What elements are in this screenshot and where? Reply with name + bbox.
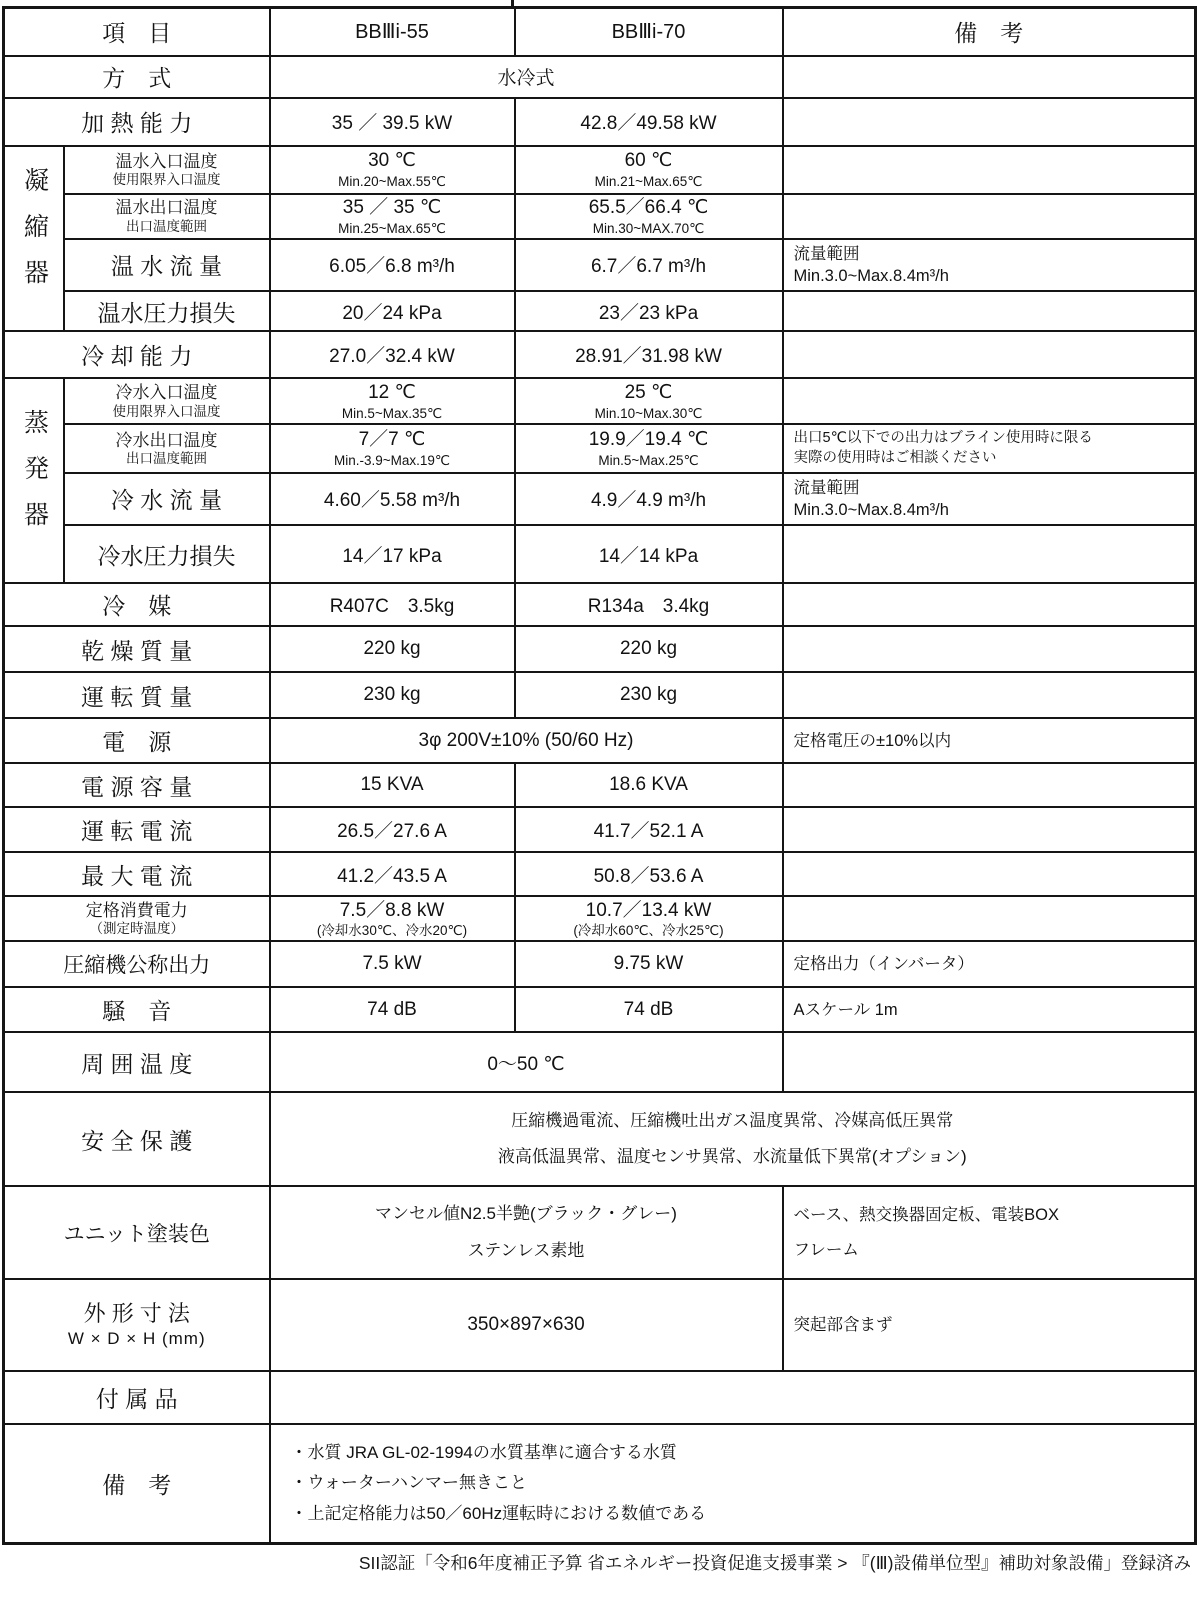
method-value: 水冷式 xyxy=(270,56,783,98)
spec-table: 項 目 BBⅢi-55 BBⅢi-70 備 考 方 式 水冷式 加 熱 能 力 … xyxy=(2,6,1197,1545)
cw-inlet-value-bb70: 25 ℃ Min.10~Max.30℃ xyxy=(515,378,783,424)
cw-inlet-label: 冷水入口温度 xyxy=(65,382,269,403)
unit-paint-remark: ベース、熱交換器固定板、電装BOX フレーム xyxy=(783,1186,1196,1279)
rated-power-value-bb55: 7.5／8.8 kW (冷却水30℃、冷水20℃) xyxy=(270,896,515,941)
power-supply-remark: 定格電圧の±10%以内 xyxy=(783,718,1196,763)
power-supply-value: 3φ 200V±10% (50/60 Hz) xyxy=(270,718,783,763)
condenser-group-cell: 凝縮器 xyxy=(4,146,64,332)
dimensions-label-cell: 外 形 寸 法 W × D × H (mm) xyxy=(4,1279,270,1371)
refrigerant-value-bb55: R407C 3.5kg xyxy=(270,583,515,626)
notes-line1: ・水質 JRA GL-02-1994の水質基準に適合する水質 xyxy=(291,1438,1185,1469)
cw-flow-remark-line1: 流量範囲 xyxy=(794,477,1185,499)
evaporator-group-label: 蒸発器 xyxy=(20,409,48,547)
cw-outlet-label: 冷水出口温度 xyxy=(65,430,269,451)
power-capacity-label: 電 源 容 量 xyxy=(4,763,270,807)
row-power-capacity: 電 源 容 量 15 KVA 18.6 KVA xyxy=(4,763,1196,807)
noise-value-bb70: 74 dB xyxy=(515,987,783,1032)
notes-line2: ・ウォーターハンマー無きこと xyxy=(291,1468,1185,1499)
safety-protection-value: 圧縮機過電流、圧縮機吐出ガス温度異常、冷媒高低圧異常 液高低温異常、温度センサ異… xyxy=(270,1092,1196,1186)
heating-remark xyxy=(783,98,1196,146)
hw-inlet-main-bb70: 60 ℃ xyxy=(516,149,782,174)
cw-inlet-remark xyxy=(783,378,1196,424)
rated-power-cond-bb70: (冷却水60℃、冷水25℃) xyxy=(516,923,782,939)
accessories-value xyxy=(270,1371,1196,1424)
row-header: 項 目 BBⅢi-55 BBⅢi-70 備 考 xyxy=(4,8,1196,56)
dimensions-sublabel: W × D × H (mm) xyxy=(5,1328,269,1350)
dry-mass-label: 乾 燥 質 量 xyxy=(4,626,270,672)
rated-power-main-bb55: 7.5／8.8 kW xyxy=(271,899,514,924)
power-capacity-value-bb55: 15 KVA xyxy=(270,763,515,807)
hw-flow-remark-line1: 流量範囲 xyxy=(794,243,1185,265)
cw-outlet-remark-line1: 出口5℃以下での出力はブライン使用時に限る xyxy=(794,428,1185,448)
operating-current-value-bb70: 41.7／52.1 A xyxy=(515,807,783,852)
cw-pressure-loss-remark xyxy=(783,525,1196,583)
row-accessories: 付 属 品 xyxy=(4,1371,1196,1424)
max-current-remark xyxy=(783,852,1196,896)
cw-inlet-range-bb55: Min.5~Max.35℃ xyxy=(271,406,514,422)
header-model-bb55: BBⅢi-55 xyxy=(270,8,515,56)
cw-pressure-loss-label: 冷水圧力損失 xyxy=(64,525,270,583)
row-cw-outlet-temp: 冷水出口温度 出口温度範囲 7／7 ℃ Min.-3.9~Max.19℃ 19.… xyxy=(4,424,1196,473)
cw-pressure-loss-value-bb55: 14／17 kPa xyxy=(270,525,515,583)
row-hw-flow: 温 水 流 量 6.05／6.8 m³/h 6.7／6.7 m³/h 流量範囲 … xyxy=(4,239,1196,292)
hw-outlet-label: 温水出口温度 xyxy=(65,197,269,218)
hw-inlet-remark xyxy=(783,146,1196,194)
noise-remark: Aスケール 1m xyxy=(783,987,1196,1032)
dry-mass-value-bb55: 220 kg xyxy=(270,626,515,672)
rated-power-value-bb70: 10.7／13.4 kW (冷却水60℃、冷水25℃) xyxy=(515,896,783,941)
row-noise: 騒 音 74 dB 74 dB Aスケール 1m xyxy=(4,987,1196,1032)
hw-pressure-loss-remark xyxy=(783,291,1196,331)
cw-outlet-value-bb70: 19.9／19.4 ℃ Min.5~Max.25℃ xyxy=(515,424,783,473)
hw-flow-value-bb55: 6.05／6.8 m³/h xyxy=(270,239,515,292)
cooling-label: 冷 却 能 力 xyxy=(4,331,270,378)
header-item: 項 目 xyxy=(4,8,270,56)
dry-mass-value-bb70: 220 kg xyxy=(515,626,783,672)
cw-flow-remark-line2: Min.3.0~Max.8.4m³/h xyxy=(794,499,1185,521)
power-capacity-remark xyxy=(783,763,1196,807)
cw-outlet-main-bb55: 7／7 ℃ xyxy=(271,428,514,453)
hw-outlet-main-bb55: 35 ／ 35 ℃ xyxy=(271,196,514,221)
unit-paint-label: ユニット塗装色 xyxy=(4,1186,270,1279)
cw-outlet-remark: 出口5℃以下での出力はブライン使用時に限る 実際の使用時はご相談ください xyxy=(783,424,1196,473)
hw-flow-remark: 流量範囲 Min.3.0~Max.8.4m³/h xyxy=(783,239,1196,292)
evaporator-group-cell: 蒸発器 xyxy=(4,378,64,583)
cw-inlet-main-bb70: 25 ℃ xyxy=(516,381,782,406)
header-model-bb70: BBⅢi-70 xyxy=(515,8,783,56)
cw-flow-value-bb55: 4.60／5.58 m³/h xyxy=(270,473,515,526)
power-supply-label: 電 源 xyxy=(4,718,270,763)
hw-outlet-sublabel: 出口温度範囲 xyxy=(65,219,269,235)
operating-mass-value-bb70: 230 kg xyxy=(515,672,783,718)
row-dimensions: 外 形 寸 法 W × D × H (mm) 350×897×630 突起部含ま… xyxy=(4,1279,1196,1371)
cooling-remark xyxy=(783,331,1196,378)
row-power-supply: 電 源 3φ 200V±10% (50/60 Hz) 定格電圧の±10%以内 xyxy=(4,718,1196,763)
row-dry-mass: 乾 燥 質 量 220 kg 220 kg xyxy=(4,626,1196,672)
dry-mass-remark xyxy=(783,626,1196,672)
cooling-value-bb55: 27.0／32.4 kW xyxy=(270,331,515,378)
power-capacity-value-bb70: 18.6 KVA xyxy=(515,763,783,807)
refrigerant-remark xyxy=(783,583,1196,626)
row-cw-inlet-temp: 蒸発器 冷水入口温度 使用限界入口温度 12 ℃ Min.5~Max.35℃ 2… xyxy=(4,378,1196,424)
dimensions-value: 350×897×630 xyxy=(270,1279,783,1371)
cw-flow-remark: 流量範囲 Min.3.0~Max.8.4m³/h xyxy=(783,473,1196,526)
condenser-group-label: 凝縮器 xyxy=(20,167,48,305)
row-hw-inlet-temp: 凝縮器 温水入口温度 使用限界入口温度 30 ℃ Min.20~Max.55℃ … xyxy=(4,146,1196,194)
ambient-temp-label: 周 囲 温 度 xyxy=(4,1032,270,1092)
row-compressor-output: 圧縮機公称出力 7.5 kW 9.75 kW 定格出力（インバータ） xyxy=(4,941,1196,987)
row-cooling-capacity: 冷 却 能 力 27.0／32.4 kW 28.91／31.98 kW xyxy=(4,331,1196,378)
noise-label: 騒 音 xyxy=(4,987,270,1032)
row-max-current: 最 大 電 流 41.2／43.5 A 50.8／53.6 A xyxy=(4,852,1196,896)
safety-protection-line2: 液高低温異常、温度センサ異常、水流量低下異常(オプション) xyxy=(271,1139,1195,1176)
unit-paint-remark-line1: ベース、熱交換器固定板、電装BOX xyxy=(794,1198,1185,1233)
hw-outlet-range-bb70: Min.30~MAX.70℃ xyxy=(516,221,782,237)
row-safety-protection: 安 全 保 護 圧縮機過電流、圧縮機吐出ガス温度異常、冷媒高低圧異常 液高低温異… xyxy=(4,1092,1196,1186)
rated-power-sublabel: （測定時温度） xyxy=(5,921,269,937)
rated-power-remark xyxy=(783,896,1196,941)
cw-inlet-range-bb70: Min.10~Max.30℃ xyxy=(516,406,782,422)
hw-flow-label: 温 水 流 量 xyxy=(64,239,270,292)
row-ambient-temp: 周 囲 温 度 0～50 ℃ xyxy=(4,1032,1196,1092)
method-label: 方 式 xyxy=(4,56,270,98)
cw-flow-label: 冷 水 流 量 xyxy=(64,473,270,526)
max-current-value-bb70: 50.8／53.6 A xyxy=(515,852,783,896)
operating-current-label: 運 転 電 流 xyxy=(4,807,270,852)
noise-value-bb55: 74 dB xyxy=(270,987,515,1032)
cw-outlet-sublabel: 出口温度範囲 xyxy=(65,451,269,467)
cw-outlet-range-bb55: Min.-3.9~Max.19℃ xyxy=(271,453,514,469)
safety-protection-line1: 圧縮機過電流、圧縮機吐出ガス温度異常、冷媒高低圧異常 xyxy=(271,1103,1195,1140)
hw-inlet-range-bb70: Min.21~Max.65℃ xyxy=(516,174,782,190)
max-current-value-bb55: 41.2／43.5 A xyxy=(270,852,515,896)
row-operating-mass: 運 転 質 量 230 kg 230 kg xyxy=(4,672,1196,718)
hw-pressure-loss-value-bb70: 23／23 kPa xyxy=(515,291,783,331)
unit-paint-value: マンセル値N2.5半艶(ブラック・グレー) ステンレス素地 xyxy=(270,1186,783,1279)
refrigerant-value-bb70: R134a 3.4kg xyxy=(515,583,783,626)
refrigerant-label: 冷 媒 xyxy=(4,583,270,626)
row-hw-pressure-loss: 温水圧力損失 20／24 kPa 23／23 kPa xyxy=(4,291,1196,331)
notes-line3: ・上記定格能力は50／60Hz運転時における数値である xyxy=(291,1499,1185,1530)
cw-outlet-label-cell: 冷水出口温度 出口温度範囲 xyxy=(64,424,270,473)
method-remark xyxy=(783,56,1196,98)
compressor-output-value-bb55: 7.5 kW xyxy=(270,941,515,987)
heating-value-bb55: 35 ／ 39.5 kW xyxy=(270,98,515,146)
heating-value-bb70: 42.8／49.58 kW xyxy=(515,98,783,146)
cw-inlet-sublabel: 使用限界入口温度 xyxy=(65,404,269,420)
row-method: 方 式 水冷式 xyxy=(4,56,1196,98)
hw-flow-remark-line2: Min.3.0~Max.8.4m³/h xyxy=(794,265,1185,287)
hw-inlet-value-bb55: 30 ℃ Min.20~Max.55℃ xyxy=(270,146,515,194)
row-hw-outlet-temp: 温水出口温度 出口温度範囲 35 ／ 35 ℃ Min.25~Max.65℃ 6… xyxy=(4,194,1196,239)
cw-inlet-value-bb55: 12 ℃ Min.5~Max.35℃ xyxy=(270,378,515,424)
compressor-output-label: 圧縮機公称出力 xyxy=(4,941,270,987)
notes-value: ・水質 JRA GL-02-1994の水質基準に適合する水質 ・ウォーターハンマ… xyxy=(270,1424,1196,1543)
cw-outlet-remark-line2: 実際の使用時はご相談ください xyxy=(794,448,1185,468)
unit-paint-line2: ステンレス素地 xyxy=(271,1233,782,1270)
operating-current-value-bb55: 26.5／27.6 A xyxy=(270,807,515,852)
cw-flow-value-bb70: 4.9／4.9 m³/h xyxy=(515,473,783,526)
rated-power-main-bb70: 10.7／13.4 kW xyxy=(516,899,782,924)
hw-pressure-loss-value-bb55: 20／24 kPa xyxy=(270,291,515,331)
hw-outlet-value-bb55: 35 ／ 35 ℃ Min.25~Max.65℃ xyxy=(270,194,515,239)
cw-outlet-range-bb70: Min.5~Max.25℃ xyxy=(516,453,782,469)
safety-protection-label: 安 全 保 護 xyxy=(4,1092,270,1186)
row-notes: 備 考 ・水質 JRA GL-02-1994の水質基準に適合する水質 ・ウォータ… xyxy=(4,1424,1196,1543)
unit-paint-remark-line2: フレーム xyxy=(794,1233,1185,1268)
row-heating-capacity: 加 熱 能 力 35 ／ 39.5 kW 42.8／49.58 kW xyxy=(4,98,1196,146)
row-operating-current: 運 転 電 流 26.5／27.6 A 41.7／52.1 A xyxy=(4,807,1196,852)
header-remarks: 備 考 xyxy=(783,8,1196,56)
compressor-output-remark: 定格出力（インバータ） xyxy=(783,941,1196,987)
hw-flow-value-bb70: 6.7／6.7 m³/h xyxy=(515,239,783,292)
row-rated-power-consumption: 定格消費電力 （測定時温度） 7.5／8.8 kW (冷却水30℃、冷水20℃)… xyxy=(4,896,1196,941)
row-cw-flow: 冷 水 流 量 4.60／5.58 m³/h 4.9／4.9 m³/h 流量範囲… xyxy=(4,473,1196,526)
row-unit-paint-color: ユニット塗装色 マンセル値N2.5半艶(ブラック・グレー) ステンレス素地 ベー… xyxy=(4,1186,1196,1279)
operating-mass-label: 運 転 質 量 xyxy=(4,672,270,718)
hw-pressure-loss-label: 温水圧力損失 xyxy=(64,291,270,331)
notes-label: 備 考 xyxy=(4,1424,270,1543)
hw-inlet-label-cell: 温水入口温度 使用限界入口温度 xyxy=(64,146,270,194)
hw-outlet-remark xyxy=(783,194,1196,239)
hw-outlet-value-bb70: 65.5／66.4 ℃ Min.30~MAX.70℃ xyxy=(515,194,783,239)
operating-mass-remark xyxy=(783,672,1196,718)
hw-outlet-label-cell: 温水出口温度 出口温度範囲 xyxy=(64,194,270,239)
hw-inlet-main-bb55: 30 ℃ xyxy=(271,149,514,174)
ambient-temp-value: 0～50 ℃ xyxy=(270,1032,783,1092)
hw-outlet-range-bb55: Min.25~Max.65℃ xyxy=(271,221,514,237)
hw-outlet-main-bb70: 65.5／66.4 ℃ xyxy=(516,196,782,221)
rated-power-label: 定格消費電力 xyxy=(5,900,269,921)
operating-current-remark xyxy=(783,807,1196,852)
compressor-output-value-bb70: 9.75 kW xyxy=(515,941,783,987)
dimensions-label: 外 形 寸 法 xyxy=(5,1300,269,1329)
operating-mass-value-bb55: 230 kg xyxy=(270,672,515,718)
cw-outlet-main-bb70: 19.9／19.4 ℃ xyxy=(516,428,782,453)
dimensions-remark: 突起部含まず xyxy=(783,1279,1196,1371)
cw-outlet-value-bb55: 7／7 ℃ Min.-3.9~Max.19℃ xyxy=(270,424,515,473)
sii-certification-note: SII認証「令和6年度補正予算 省エネルギー投資促進支援事業 > 『(Ⅲ)設備単… xyxy=(0,1550,1193,1575)
heating-label: 加 熱 能 力 xyxy=(4,98,270,146)
hw-inlet-label: 温水入口温度 xyxy=(65,151,269,172)
row-refrigerant: 冷 媒 R407C 3.5kg R134a 3.4kg xyxy=(4,583,1196,626)
max-current-label: 最 大 電 流 xyxy=(4,852,270,896)
accessories-label: 付 属 品 xyxy=(4,1371,270,1424)
rated-power-label-cell: 定格消費電力 （測定時温度） xyxy=(4,896,270,941)
unit-paint-line1: マンセル値N2.5半艶(ブラック・グレー) xyxy=(271,1196,782,1233)
ambient-temp-remark xyxy=(783,1032,1196,1092)
cw-pressure-loss-value-bb70: 14／14 kPa xyxy=(515,525,783,583)
row-cw-pressure-loss: 冷水圧力損失 14／17 kPa 14／14 kPa xyxy=(4,525,1196,583)
cw-inlet-main-bb55: 12 ℃ xyxy=(271,381,514,406)
hw-inlet-value-bb70: 60 ℃ Min.21~Max.65℃ xyxy=(515,146,783,194)
rated-power-cond-bb55: (冷却水30℃、冷水20℃) xyxy=(271,923,514,939)
cw-inlet-label-cell: 冷水入口温度 使用限界入口温度 xyxy=(64,378,270,424)
hw-inlet-range-bb55: Min.20~Max.55℃ xyxy=(271,174,514,190)
cooling-value-bb70: 28.91／31.98 kW xyxy=(515,331,783,378)
hw-inlet-sublabel: 使用限界入口温度 xyxy=(65,172,269,188)
